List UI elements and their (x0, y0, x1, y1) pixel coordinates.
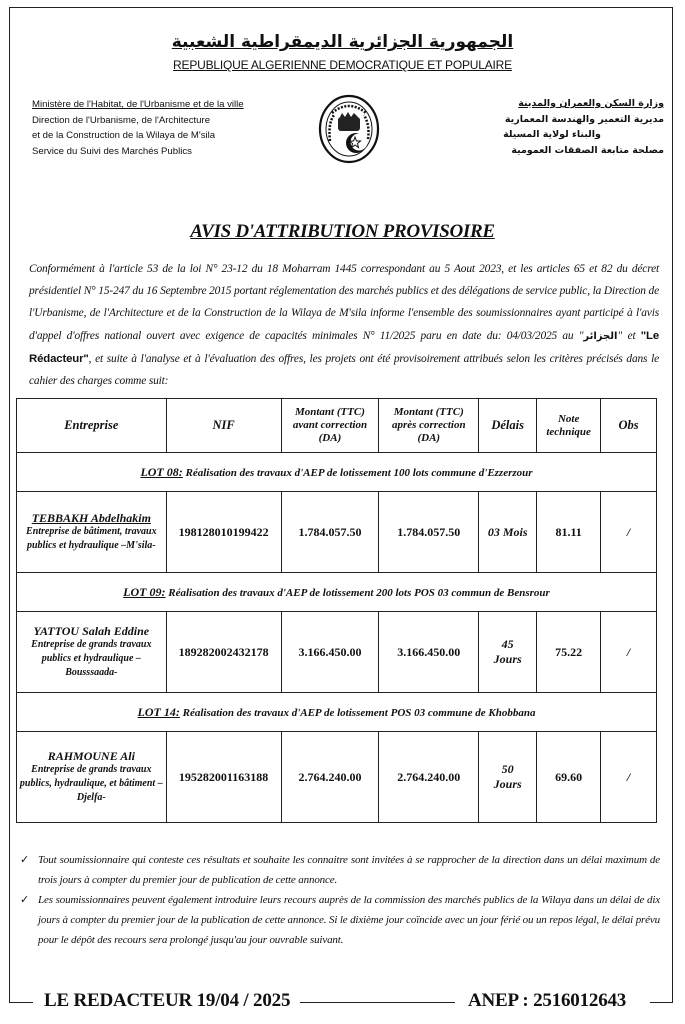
entreprise-description: Entreprise de grands travaux publics, hy… (19, 763, 164, 805)
anep-reference: ANEP : 2516012643 (468, 990, 626, 1012)
col-header-delais: Délais (479, 399, 537, 453)
lot-number: LOT 09: (123, 585, 165, 599)
direction-line-2: et de la Construction de la Wilaya de M'… (32, 128, 302, 144)
note-cell: 75.22 (537, 612, 601, 693)
lot-title: LOT 14: Réalisation des travaux d'AEP de… (17, 693, 657, 732)
table-row: TEBBAKH AbdelhakimEntreprise de bâtiment… (17, 492, 657, 573)
intro-text: Conformément à l'article 53 de la loi N°… (29, 263, 659, 342)
nif-cell: 198128010199422 (166, 492, 281, 573)
lot-title: LOT 09: Réalisation des travaux d'AEP de… (17, 573, 657, 612)
obs-cell: / (601, 732, 657, 823)
entreprise-description: Entreprise de grands travaux publics et … (19, 638, 164, 680)
col-header-entreprise: Entreprise (17, 399, 167, 453)
french-republic-title: REPUBLIQUE ALGERIENNE DEMOCRATIQUE ET PO… (0, 58, 685, 72)
entreprise-name: TEBBAKH Abdelhakim (19, 511, 164, 525)
direction-line-ar-2: والبناء لولاية المسيلة (440, 127, 664, 143)
ministry-line: Ministère de l'Habitat, de l'Urbanisme e… (32, 97, 302, 113)
montant-avant-cell: 3.166.450.00 (281, 612, 379, 693)
note-text: Tout soumissionnaire qui conteste ces ré… (38, 854, 660, 886)
algeria-national-seal-icon (318, 93, 380, 165)
montant-apres-cell: 3.166.450.00 (379, 612, 479, 693)
entreprise-name: RAHMOUNE Ali (19, 749, 164, 763)
intro-text: , et suite à l'analyse et à l'évaluation… (29, 353, 659, 387)
lot-header-row: LOT 14: Réalisation des travaux d'AEP de… (17, 693, 657, 732)
nif-cell: 195282001163188 (166, 732, 281, 823)
note-cell: 69.60 (537, 732, 601, 823)
col-header-obs: Obs (601, 399, 657, 453)
lot-number: LOT 08: (140, 465, 182, 479)
table-row: RAHMOUNE AliEntreprise de grands travaux… (17, 732, 657, 823)
lot-description: Réalisation des travaux d'AEP de lotisse… (180, 707, 536, 719)
intro-paragraph: Conformément à l'article 53 de la loi N°… (29, 258, 659, 392)
border-segment (9, 1002, 33, 1003)
service-line: Service du Suivi des Marchés Publics (32, 144, 302, 160)
obs-cell: / (601, 612, 657, 693)
obs-cell: / (601, 492, 657, 573)
awards-table: Entreprise NIF Montant (TTC) avant corre… (16, 398, 657, 823)
delais-cell: 50 Jours (479, 732, 537, 823)
nif-cell: 189282002432178 (166, 612, 281, 693)
delais-cell: 45 Jours (479, 612, 537, 693)
ministry-line-ar: وزارة السكن والعمران والمدينة (440, 96, 664, 112)
service-line-ar: مصلحة متابعة الصفقات العمومية (440, 143, 664, 159)
entreprise-cell: TEBBAKH AbdelhakimEntreprise de bâtiment… (17, 492, 167, 573)
notice-title: AVIS D'ATTRIBUTION PROVISOIRE (0, 221, 685, 243)
entreprise-cell: RAHMOUNE AliEntreprise de grands travaux… (17, 732, 167, 823)
notes-list: ✓Tout soumissionnaire qui conteste ces r… (20, 850, 660, 950)
lot-description: Réalisation des travaux d'AEP de lotisse… (183, 467, 533, 479)
checkmark-icon: ✓ (20, 850, 29, 870)
note-item: ✓Tout soumissionnaire qui conteste ces r… (20, 850, 660, 890)
note-text: Les soumissionnaires peuvent également i… (38, 894, 660, 946)
montant-apres-cell: 2.764.240.00 (379, 732, 479, 823)
ministry-block-ar: وزارة السكن والعمران والمدينة مديرية الت… (440, 96, 664, 158)
lot-header-row: LOT 09: Réalisation des travaux d'AEP de… (17, 573, 657, 612)
ministry-block-fr: Ministère de l'Habitat, de l'Urbanisme e… (32, 97, 302, 159)
border-segment (300, 1002, 455, 1003)
lot-header-row: LOT 08: Réalisation des travaux d'AEP de… (17, 453, 657, 492)
lot-title: LOT 08: Réalisation des travaux d'AEP de… (17, 453, 657, 492)
montant-avant-cell: 1.784.057.50 (281, 492, 379, 573)
table-row: YATTOU Salah EddineEntreprise de grands … (17, 612, 657, 693)
col-header-montant-apres: Montant (TTC) après correction (DA) (379, 399, 479, 453)
col-header-note: Note technique (537, 399, 601, 453)
publication-footer: LE REDACTEUR 19/04 / 2025 (44, 990, 290, 1012)
arabic-republic-title: الجمهورية الجزائرية الديمقراطية الشعبية (0, 32, 685, 52)
lot-description: Réalisation des travaux d'AEP de lotisse… (166, 587, 550, 599)
lot-number: LOT 14: (138, 705, 180, 719)
direction-line: Direction de l'Urbanisme, de l'Architect… (32, 113, 302, 129)
checkmark-icon: ✓ (20, 890, 29, 910)
col-header-montant-avant: Montant (TTC) avant correction (DA) (281, 399, 379, 453)
entreprise-name: YATTOU Salah Eddine (19, 624, 164, 638)
intro-text: " et (617, 330, 640, 342)
newspaper-name-ar: الجزائر (583, 331, 617, 342)
note-cell: 81.11 (537, 492, 601, 573)
entreprise-cell: YATTOU Salah EddineEntreprise de grands … (17, 612, 167, 693)
montant-apres-cell: 1.784.057.50 (379, 492, 479, 573)
delais-cell: 03 Mois (479, 492, 537, 573)
border-segment (650, 1002, 673, 1003)
direction-line-ar: مديرية التعمير والهندسة المعمارية (440, 112, 664, 128)
col-header-nif: NIF (166, 399, 281, 453)
montant-avant-cell: 2.764.240.00 (281, 732, 379, 823)
entreprise-description: Entreprise de bâtiment, travaux publics … (19, 525, 164, 553)
note-item: ✓Les soumissionnaires peuvent également … (20, 890, 660, 950)
table-header-row: Entreprise NIF Montant (TTC) avant corre… (17, 399, 657, 453)
